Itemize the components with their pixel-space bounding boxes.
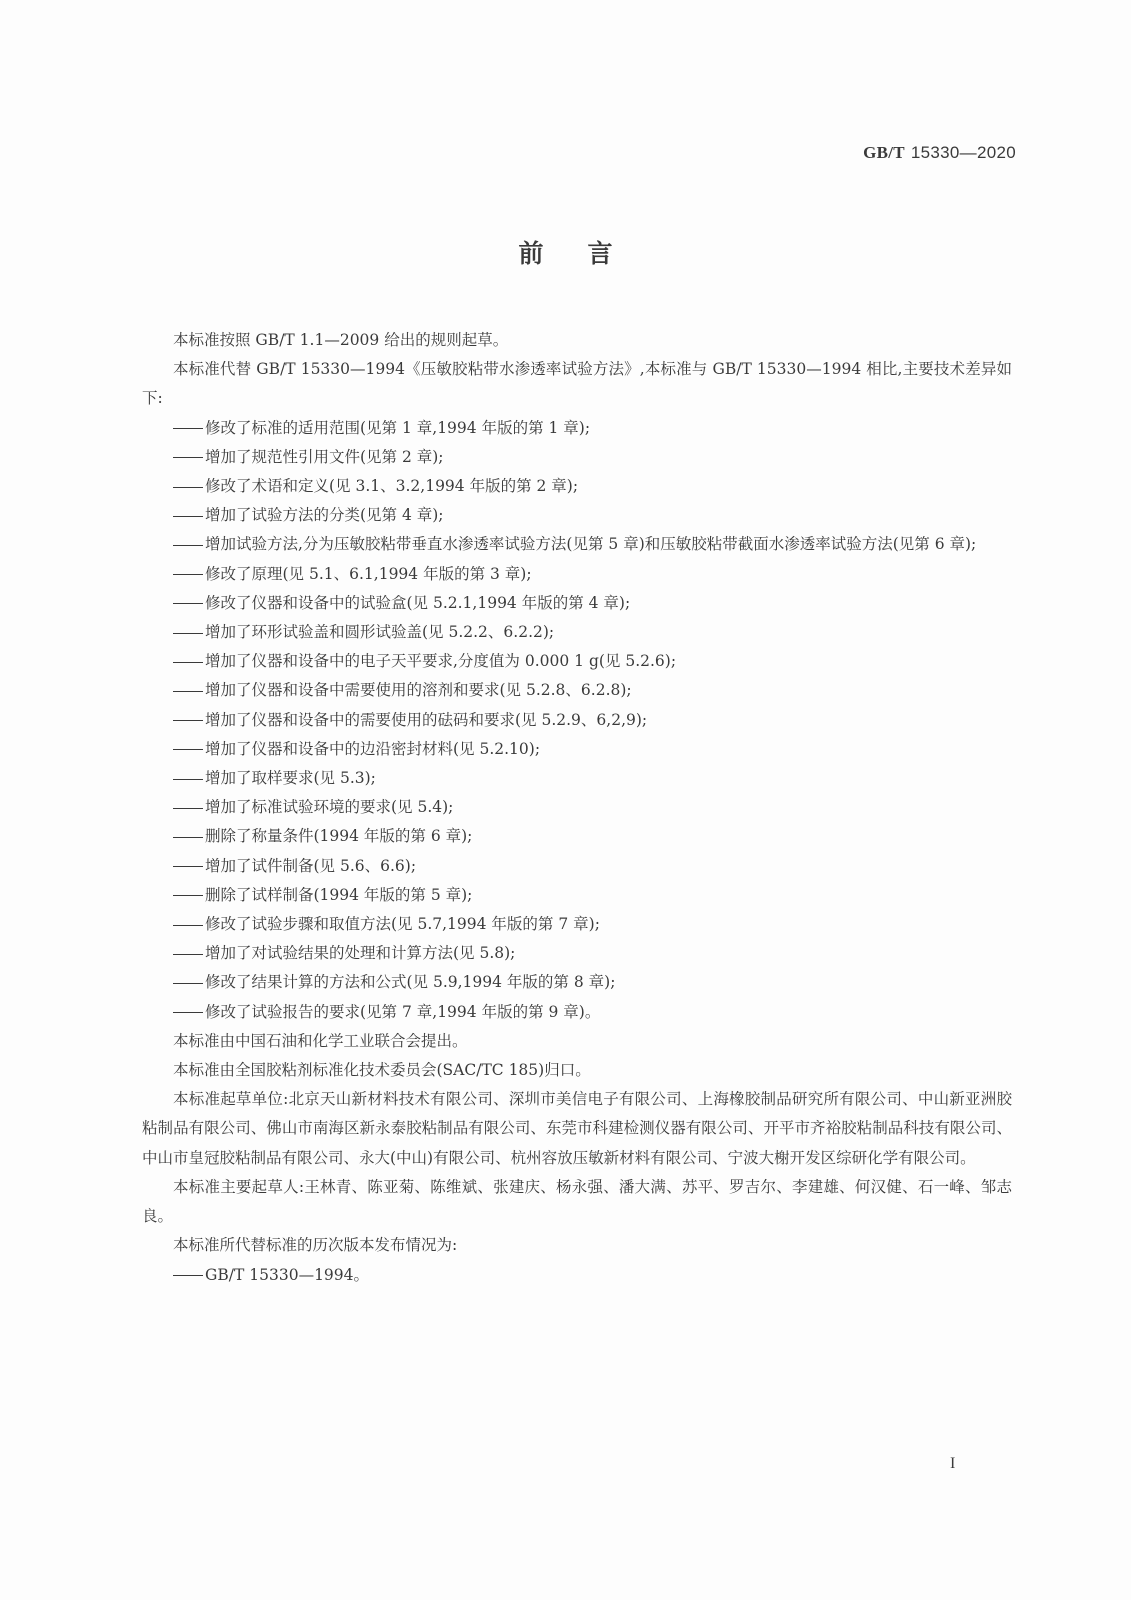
em-dash-marker: [173, 633, 203, 634]
replacement-paragraph: 本标准代替 GB/T 15330—1994《压敏胶粘带水渗透率试验方法》,本标准…: [142, 355, 1012, 413]
standard-number: 15330—2020: [911, 143, 1016, 162]
em-dash-marker: [173, 983, 203, 984]
em-dash-marker: [173, 1275, 203, 1276]
em-dash-marker: [173, 487, 203, 488]
em-dash-marker: [173, 603, 203, 604]
list-item: 修改了原理(见 5.1、6.1,1994 年版的第 3 章);: [142, 560, 1012, 589]
list-item: 修改了标准的适用范围(见第 1 章,1994 年版的第 1 章);: [142, 414, 1012, 443]
em-dash-marker: [173, 925, 203, 926]
list-item: 增加了试验方法的分类(见第 4 章);: [142, 501, 1012, 530]
managed-by-paragraph: 本标准由全国胶粘剂标准化技术委员会(SAC/TC 185)归口。: [142, 1056, 1012, 1085]
em-dash-marker: [173, 691, 203, 692]
standard-prefix: GB/T: [863, 143, 905, 162]
foreword-body: 本标准按照 GB/T 1.1—2009 给出的规则起草。 本标准代替 GB/T …: [142, 326, 1012, 1290]
list-item: 修改了试验报告的要求(见第 7 章,1994 年版的第 9 章)。: [142, 998, 1012, 1027]
em-dash-marker: [173, 866, 203, 867]
list-item: 修改了术语和定义(见 3.1、3.2,1994 年版的第 2 章);: [142, 472, 1012, 501]
list-item: 增加了仪器和设备中的需要使用的砝码和要求(见 5.2.9、6,2,9);: [142, 706, 1012, 735]
em-dash-marker: [173, 895, 203, 896]
list-item: 增加了规范性引用文件(见第 2 章);: [142, 443, 1012, 472]
em-dash-marker: [173, 662, 203, 663]
em-dash-marker: [173, 779, 203, 780]
em-dash-marker: [173, 837, 203, 838]
list-item: 增加了仪器和设备中的边沿密封材料(见 5.2.10);: [142, 735, 1012, 764]
list-item: 删除了称量条件(1994 年版的第 6 章);: [142, 822, 1012, 851]
list-item: 增加了仪器和设备中需要使用的溶剂和要求(见 5.2.8、6.2.8);: [142, 676, 1012, 705]
list-item: 增加了取样要求(见 5.3);: [142, 764, 1012, 793]
em-dash-marker: [173, 428, 203, 429]
proposed-by-paragraph: 本标准由中国石油和化学工业联合会提出。: [142, 1027, 1012, 1056]
list-item: 修改了试验步骤和取值方法(见 5.7,1994 年版的第 7 章);: [142, 910, 1012, 939]
em-dash-marker: [173, 545, 203, 546]
main-drafters-paragraph: 本标准主要起草人:王林青、陈亚菊、陈维斌、张建庆、杨永强、潘大满、苏平、罗吉尔、…: [142, 1173, 1012, 1231]
list-item: 增加试验方法,分为压敏胶粘带垂直水渗透率试验方法(见第 5 章)和压敏胶粘带截面…: [142, 530, 1012, 559]
em-dash-marker: [173, 720, 203, 721]
em-dash-marker: [173, 1012, 203, 1013]
em-dash-marker: [173, 749, 203, 750]
em-dash-marker: [173, 516, 203, 517]
em-dash-marker: [173, 954, 203, 955]
history-item: GB/T 15330—1994。: [142, 1261, 1012, 1290]
standard-code: GB/T15330—2020: [863, 143, 1016, 163]
em-dash-marker: [173, 457, 203, 458]
list-item: 增加了对试验结果的处理和计算方法(见 5.8);: [142, 939, 1012, 968]
list-item: 增加了试件制备(见 5.6、6.6);: [142, 852, 1012, 881]
changes-list: 修改了标准的适用范围(见第 1 章,1994 年版的第 1 章); 增加了规范性…: [142, 414, 1012, 1027]
list-item: 删除了试样制备(1994 年版的第 5 章);: [142, 881, 1012, 910]
em-dash-marker: [173, 574, 203, 575]
drafting-rules-paragraph: 本标准按照 GB/T 1.1—2009 给出的规则起草。: [142, 326, 1012, 355]
list-item: 修改了结果计算的方法和公式(见 5.9,1994 年版的第 8 章);: [142, 968, 1012, 997]
list-item: 增加了环形试验盖和圆形试验盖(见 5.2.2、6.2.2);: [142, 618, 1012, 647]
list-item: 修改了仪器和设备中的试验盒(见 5.2.1,1994 年版的第 4 章);: [142, 589, 1012, 618]
list-item: 增加了仪器和设备中的电子天平要求,分度值为 0.000 1 g(见 5.2.6)…: [142, 647, 1012, 676]
drafting-units-paragraph: 本标准起草单位:北京天山新材料技术有限公司、深圳市美信电子有限公司、上海橡胶制品…: [142, 1085, 1012, 1173]
page-title: 前言: [0, 234, 1131, 270]
list-item: 增加了标准试验环境的要求(见 5.4);: [142, 793, 1012, 822]
page-number: I: [950, 1455, 955, 1473]
history-intro-paragraph: 本标准所代替标准的历次版本发布情况为:: [142, 1231, 1012, 1260]
em-dash-marker: [173, 808, 203, 809]
